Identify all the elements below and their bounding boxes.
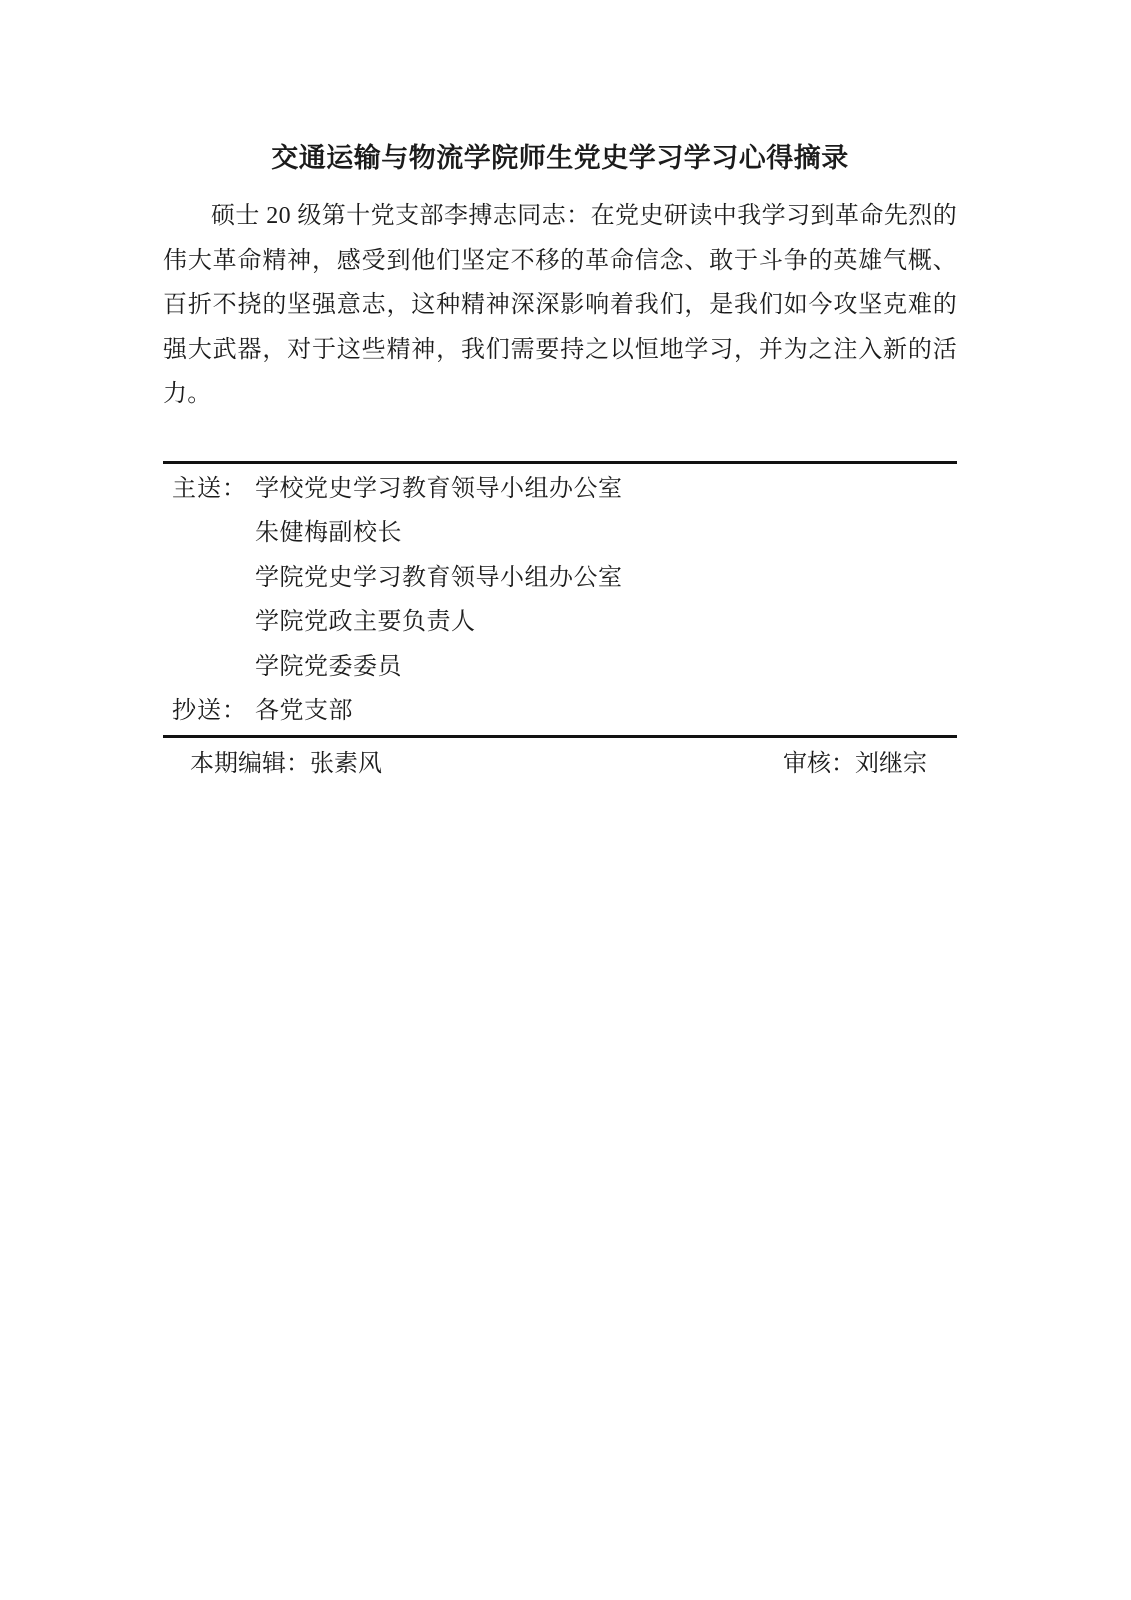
main-send-label: 主送：: [163, 467, 255, 511]
distribution-list: 主送： 学校党史学习教育领导小组办公室 朱健梅副校长 学院党史学习教育领导小组办…: [163, 467, 957, 733]
document-title: 交通运输与物流学院师生党史学习学习心得摘录: [163, 138, 957, 178]
main-send-recipient: 学院党政主要负责人: [255, 600, 957, 644]
main-send-row: 学院党政主要负责人: [163, 600, 957, 644]
copy-send-row: 抄送： 各党支部: [163, 689, 957, 733]
editor-label: 本期编辑：: [190, 751, 310, 777]
main-send-recipient: 学院党委委员: [255, 645, 957, 689]
bottom-rule-divider: [163, 735, 957, 738]
document-page: 交通运输与物流学院师生党史学习学习心得摘录 硕士 20 级第十党支部李搏志同志：…: [0, 0, 1131, 1600]
copy-send-label: 抄送：: [163, 689, 255, 733]
main-send-recipient: 学校党史学习教育领导小组办公室: [255, 467, 957, 511]
body-paragraph: 硕士 20 级第十党支部李搏志同志：在党史研读中我学习到革命先烈的伟大革命精神，…: [163, 194, 957, 417]
reviewer-name: 刘继宗: [855, 751, 927, 777]
main-send-recipient: 学院党史学习教育领导小组办公室: [255, 556, 957, 600]
main-send-recipient: 朱健梅副校长: [255, 511, 957, 555]
footer-row: 本期编辑：张素风 审核：刘继宗: [163, 742, 957, 786]
main-send-row: 学院党委委员: [163, 645, 957, 689]
editor-name: 张素风: [310, 751, 382, 777]
copy-send-recipient: 各党支部: [255, 689, 957, 733]
main-send-row: 朱健梅副校长: [163, 511, 957, 555]
top-rule-divider: [163, 461, 957, 464]
main-send-row: 主送： 学校党史学习教育领导小组办公室: [163, 467, 957, 511]
editor-credit: 本期编辑：张素风: [163, 742, 382, 786]
reviewer-label: 审核：: [783, 751, 855, 777]
main-send-row: 学院党史学习教育领导小组办公室: [163, 556, 957, 600]
reviewer-credit: 审核：刘继宗: [783, 742, 957, 786]
